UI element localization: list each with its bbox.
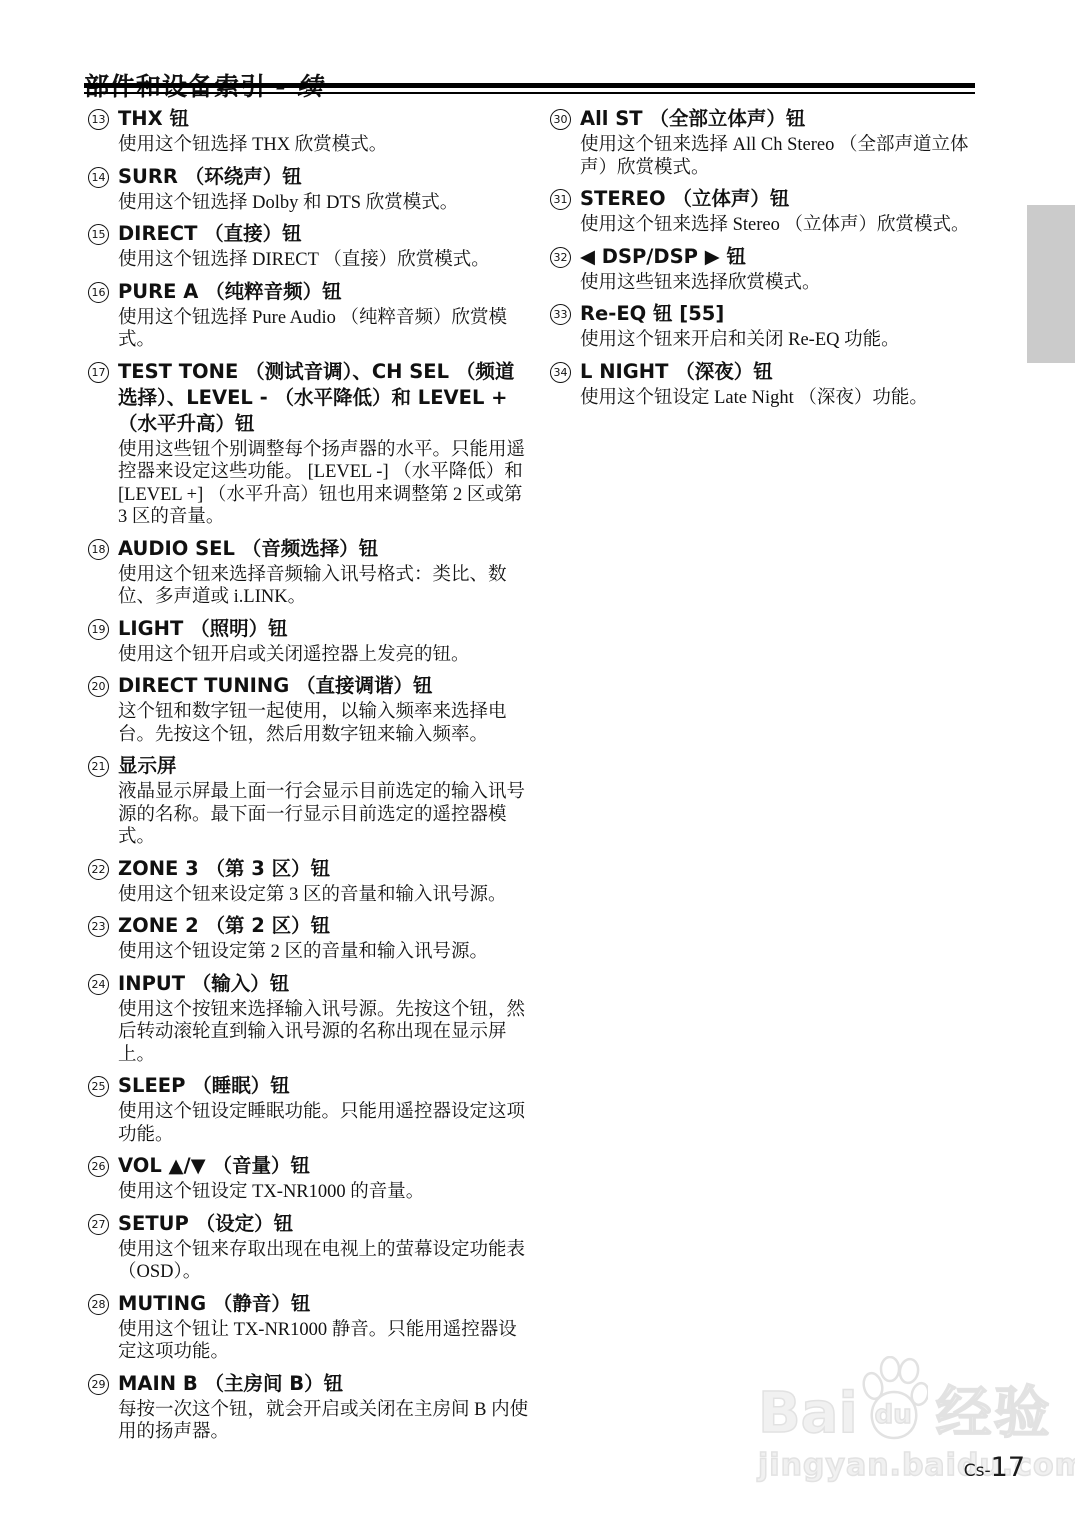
watermark-url: jingyan.baidu.com — [758, 1448, 1075, 1483]
item-content: All ST （全部立体声）钮 使用这个钮来选择 All Ch Stereo （… — [580, 106, 974, 179]
item-number-badge: 21 — [88, 756, 109, 777]
item-heading: AUDIO SEL （音频选择）钮 — [118, 536, 533, 562]
item-number-badge: 22 — [88, 859, 109, 880]
item-description: 使用这个钮选择 Dolby 和 DTS 欣赏模式。 — [118, 192, 533, 215]
item-number-badge: 33 — [550, 304, 571, 325]
item-number-badge: 19 — [88, 619, 109, 640]
item-number-badge: 26 — [88, 1156, 109, 1177]
item-heading: INPUT （输入）钮 — [118, 971, 533, 997]
index-item: 14 SURR （环绕声）钮 使用这个钮选择 Dolby 和 DTS 欣赏模式。 — [88, 164, 533, 215]
baidu-logo-text-bai: Bai — [758, 1387, 858, 1440]
item-description: 使用这个钮选择 Pure Audio （纯粹音频）欣赏模式。 — [118, 307, 533, 352]
item-description: 使用这些钮个别调整每个扬声器的水平。只能用遥控器来设定这些功能。 [LEVEL … — [118, 439, 533, 529]
side-tab — [1027, 205, 1075, 363]
item-description: 使用这个按钮来选择输入讯号源。先按这个钮，然后转动滚轮直到输入讯号源的名称出现在… — [118, 999, 533, 1067]
item-content: LIGHT （照明）钮 使用这个钮开启或关闭遥控器上发亮的钮。 — [118, 616, 533, 667]
index-item: 20 DIRECT TUNING （直接调谐）钮 这个钮和数字钮一起使用，以输入… — [88, 673, 533, 746]
item-number-badge: 30 — [550, 109, 571, 130]
item-heading: ZONE 2 （第 2 区）钮 — [118, 913, 533, 939]
item-heading: DIRECT （直接）钮 — [118, 221, 533, 247]
manual-page: 部件和设备索引 - 续 13 THX 钮 使用这个钮选择 THX 欣赏模式。 1… — [0, 0, 1075, 1519]
item-number-badge: 24 — [88, 974, 109, 995]
item-heading: VOL ▲/▼ （音量）钮 — [118, 1153, 533, 1179]
item-content: ◀ DSP/DSP ▶ 钮 使用这些钮来选择欣赏模式。 — [580, 244, 974, 295]
item-description: 使用这些钮来选择欣赏模式。 — [580, 272, 974, 295]
item-number-badge: 17 — [88, 362, 109, 383]
item-number-badge: 34 — [550, 362, 571, 383]
index-item: 27 SETUP （设定）钮 使用这个钮来存取出现在电视上的萤幕设定功能表 （O… — [88, 1211, 533, 1284]
item-content: 显示屏 液晶显示屏最上面一行会显示目前选定的输入讯号源的名称。最下面一行显示目前… — [118, 753, 533, 849]
item-content: STEREO （立体声）钮 使用这个钮来选择 Stereo （立体声）欣赏模式。 — [580, 186, 974, 237]
item-description: 液晶显示屏最上面一行会显示目前选定的输入讯号源的名称。最下面一行显示目前选定的遥… — [118, 781, 533, 849]
item-heading: PURE A （纯粹音频）钮 — [118, 279, 533, 305]
index-item: 18 AUDIO SEL （音频选择）钮 使用这个钮来选择音频输入讯号格式：类比… — [88, 536, 533, 609]
item-content: MUTING （静音）钮 使用这个钮让 TX-NR1000 静音。只能用遥控器设… — [118, 1291, 533, 1364]
item-heading: SETUP （设定）钮 — [118, 1211, 533, 1237]
baidu-logo: Bai du 经验 — [758, 1356, 1075, 1440]
item-content: ZONE 3 （第 3 区）钮 使用这个钮来设定第 3 区的音量和输入讯号源。 — [118, 856, 533, 907]
item-description: 使用这个钮来选择 All Ch Stereo （全部声道立体声）欣赏模式。 — [580, 134, 974, 179]
baidu-experience-text: 经验 — [936, 1387, 1052, 1440]
item-description: 这个钮和数字钮一起使用，以输入频率来选择电台。先按这个钮，然后用数字钮来输入频率… — [118, 701, 533, 746]
item-content: INPUT （输入）钮 使用这个按钮来选择输入讯号源。先按这个钮，然后转动滚轮直… — [118, 971, 533, 1067]
index-item: 16 PURE A （纯粹音频）钮 使用这个钮选择 Pure Audio （纯粹… — [88, 279, 533, 352]
page-number-prefix: Cs- — [964, 1461, 991, 1481]
index-item: 34 L NIGHT （深夜）钮 使用这个钮设定 Late Night （深夜）… — [550, 359, 974, 410]
item-heading: SLEEP （睡眠）钮 — [118, 1073, 533, 1099]
item-number-badge: 14 — [88, 167, 109, 188]
index-item: 15 DIRECT （直接）钮 使用这个钮选择 DIRECT （直接）欣赏模式。 — [88, 221, 533, 272]
index-item: 33 Re-EQ 钮 [55] 使用这个钮来开启和关闭 Re-EQ 功能。 — [550, 301, 974, 352]
item-content: TEST TONE （测试音调）、CH SEL （频道选择）、LEVEL - （… — [118, 359, 533, 529]
index-item: 31 STEREO （立体声）钮 使用这个钮来选择 Stereo （立体声）欣赏… — [550, 186, 974, 237]
page-number: Cs-17 — [964, 1452, 1025, 1483]
item-description: 使用这个钮设定 Late Night （深夜）功能。 — [580, 387, 974, 410]
baidu-watermark: Bai du 经验 jingyan.baidu.com — [758, 1356, 1075, 1483]
item-heading: LIGHT （照明）钮 — [118, 616, 533, 642]
item-content: Re-EQ 钮 [55] 使用这个钮来开启和关闭 Re-EQ 功能。 — [580, 301, 974, 352]
item-content: AUDIO SEL （音频选择）钮 使用这个钮来选择音频输入讯号格式：类比、数位… — [118, 536, 533, 609]
item-number-badge: 20 — [88, 676, 109, 697]
item-number-badge: 18 — [88, 539, 109, 560]
baidu-paw-icon: du — [860, 1356, 928, 1440]
index-item: 25 SLEEP （睡眠）钮 使用这个钮设定睡眠功能。只能用遥控器设定这项功能。 — [88, 1073, 533, 1146]
item-heading: TEST TONE （测试音调）、CH SEL （频道选择）、LEVEL - （… — [118, 359, 533, 437]
item-content: THX 钮 使用这个钮选择 THX 欣赏模式。 — [118, 106, 533, 157]
item-number-badge: 31 — [550, 189, 571, 210]
baidu-logo-text-du: du — [875, 1402, 912, 1428]
item-heading: 显示屏 — [118, 753, 533, 779]
item-number-badge: 15 — [88, 224, 109, 245]
item-description: 使用这个钮来选择 Stereo （立体声）欣赏模式。 — [580, 214, 974, 237]
item-heading: SURR （环绕声）钮 — [118, 164, 533, 190]
item-content: DIRECT （直接）钮 使用这个钮选择 DIRECT （直接）欣赏模式。 — [118, 221, 533, 272]
item-heading: All ST （全部立体声）钮 — [580, 106, 974, 132]
item-number-badge: 25 — [88, 1076, 109, 1097]
item-description: 使用这个钮选择 DIRECT （直接）欣赏模式。 — [118, 249, 533, 272]
item-heading: ZONE 3 （第 3 区）钮 — [118, 856, 533, 882]
item-heading: STEREO （立体声）钮 — [580, 186, 974, 212]
item-number-badge: 29 — [88, 1374, 109, 1395]
item-number-badge: 13 — [88, 109, 109, 130]
index-item: 29 MAIN B （主房间 B）钮 每按一次这个钮，就会开启或关闭在主房间 B… — [88, 1371, 533, 1444]
left-column: 13 THX 钮 使用这个钮选择 THX 欣赏模式。 14 SURR （环绕声）… — [88, 106, 533, 1451]
index-item: 28 MUTING （静音）钮 使用这个钮让 TX-NR1000 静音。只能用遥… — [88, 1291, 533, 1364]
item-number-badge: 32 — [550, 247, 571, 268]
item-description: 使用这个钮设定第 2 区的音量和输入讯号源。 — [118, 941, 533, 964]
index-item: 21 显示屏 液晶显示屏最上面一行会显示目前选定的输入讯号源的名称。最下面一行显… — [88, 753, 533, 849]
title-rule-thick — [84, 83, 975, 88]
item-content: DIRECT TUNING （直接调谐）钮 这个钮和数字钮一起使用，以输入频率来… — [118, 673, 533, 746]
item-number-badge: 23 — [88, 916, 109, 937]
item-content: SURR （环绕声）钮 使用这个钮选择 Dolby 和 DTS 欣赏模式。 — [118, 164, 533, 215]
item-heading: MUTING （静音）钮 — [118, 1291, 533, 1317]
item-description: 使用这个钮设定睡眠功能。只能用遥控器设定这项功能。 — [118, 1101, 533, 1146]
index-item: 13 THX 钮 使用这个钮选择 THX 欣赏模式。 — [88, 106, 533, 157]
item-number-badge: 28 — [88, 1294, 109, 1315]
item-heading: MAIN B （主房间 B）钮 — [118, 1371, 533, 1397]
item-description: 使用这个钮来设定第 3 区的音量和输入讯号源。 — [118, 884, 533, 907]
item-description: 每按一次这个钮，就会开启或关闭在主房间 B 内使用的扬声器。 — [118, 1399, 533, 1444]
item-content: VOL ▲/▼ （音量）钮 使用这个钮设定 TX-NR1000 的音量。 — [118, 1153, 533, 1204]
index-item: 30 All ST （全部立体声）钮 使用这个钮来选择 All Ch Stere… — [550, 106, 974, 179]
item-number-badge: 16 — [88, 282, 109, 303]
item-heading: Re-EQ 钮 [55] — [580, 301, 974, 327]
item-content: MAIN B （主房间 B）钮 每按一次这个钮，就会开启或关闭在主房间 B 内使… — [118, 1371, 533, 1444]
index-item: 32 ◀ DSP/DSP ▶ 钮 使用这些钮来选择欣赏模式。 — [550, 244, 974, 295]
item-content: SETUP （设定）钮 使用这个钮来存取出现在电视上的萤幕设定功能表 （OSD）… — [118, 1211, 533, 1284]
item-description: 使用这个钮来开启和关闭 Re-EQ 功能。 — [580, 329, 974, 352]
item-description: 使用这个钮来选择音频输入讯号格式：类比、数位、多声道或 i.LINK。 — [118, 564, 533, 609]
item-number-badge: 27 — [88, 1214, 109, 1235]
page-number-value: 17 — [991, 1452, 1025, 1483]
item-description: 使用这个钮选择 THX 欣赏模式。 — [118, 134, 533, 157]
item-heading: DIRECT TUNING （直接调谐）钮 — [118, 673, 533, 699]
item-heading: L NIGHT （深夜）钮 — [580, 359, 974, 385]
index-item: 19 LIGHT （照明）钮 使用这个钮开启或关闭遥控器上发亮的钮。 — [88, 616, 533, 667]
item-content: SLEEP （睡眠）钮 使用这个钮设定睡眠功能。只能用遥控器设定这项功能。 — [118, 1073, 533, 1146]
item-description: 使用这个钮来存取出现在电视上的萤幕设定功能表 （OSD）。 — [118, 1239, 533, 1284]
title-rule-thin — [84, 92, 975, 94]
index-item: 22 ZONE 3 （第 3 区）钮 使用这个钮来设定第 3 区的音量和输入讯号… — [88, 856, 533, 907]
right-column: 30 All ST （全部立体声）钮 使用这个钮来选择 All Ch Stere… — [550, 106, 974, 416]
item-description: 使用这个钮让 TX-NR1000 静音。只能用遥控器设定这项功能。 — [118, 1319, 533, 1364]
item-description: 使用这个钮设定 TX-NR1000 的音量。 — [118, 1181, 533, 1204]
index-item: 26 VOL ▲/▼ （音量）钮 使用这个钮设定 TX-NR1000 的音量。 — [88, 1153, 533, 1204]
index-item: 23 ZONE 2 （第 2 区）钮 使用这个钮设定第 2 区的音量和输入讯号源… — [88, 913, 533, 964]
item-content: L NIGHT （深夜）钮 使用这个钮设定 Late Night （深夜）功能。 — [580, 359, 974, 410]
item-heading: ◀ DSP/DSP ▶ 钮 — [580, 244, 974, 270]
index-item: 17 TEST TONE （测试音调）、CH SEL （频道选择）、LEVEL … — [88, 359, 533, 529]
index-item: 24 INPUT （输入）钮 使用这个按钮来选择输入讯号源。先按这个钮，然后转动… — [88, 971, 533, 1067]
item-heading: THX 钮 — [118, 106, 533, 132]
item-content: PURE A （纯粹音频）钮 使用这个钮选择 Pure Audio （纯粹音频）… — [118, 279, 533, 352]
item-content: ZONE 2 （第 2 区）钮 使用这个钮设定第 2 区的音量和输入讯号源。 — [118, 913, 533, 964]
item-description: 使用这个钮开启或关闭遥控器上发亮的钮。 — [118, 644, 533, 667]
